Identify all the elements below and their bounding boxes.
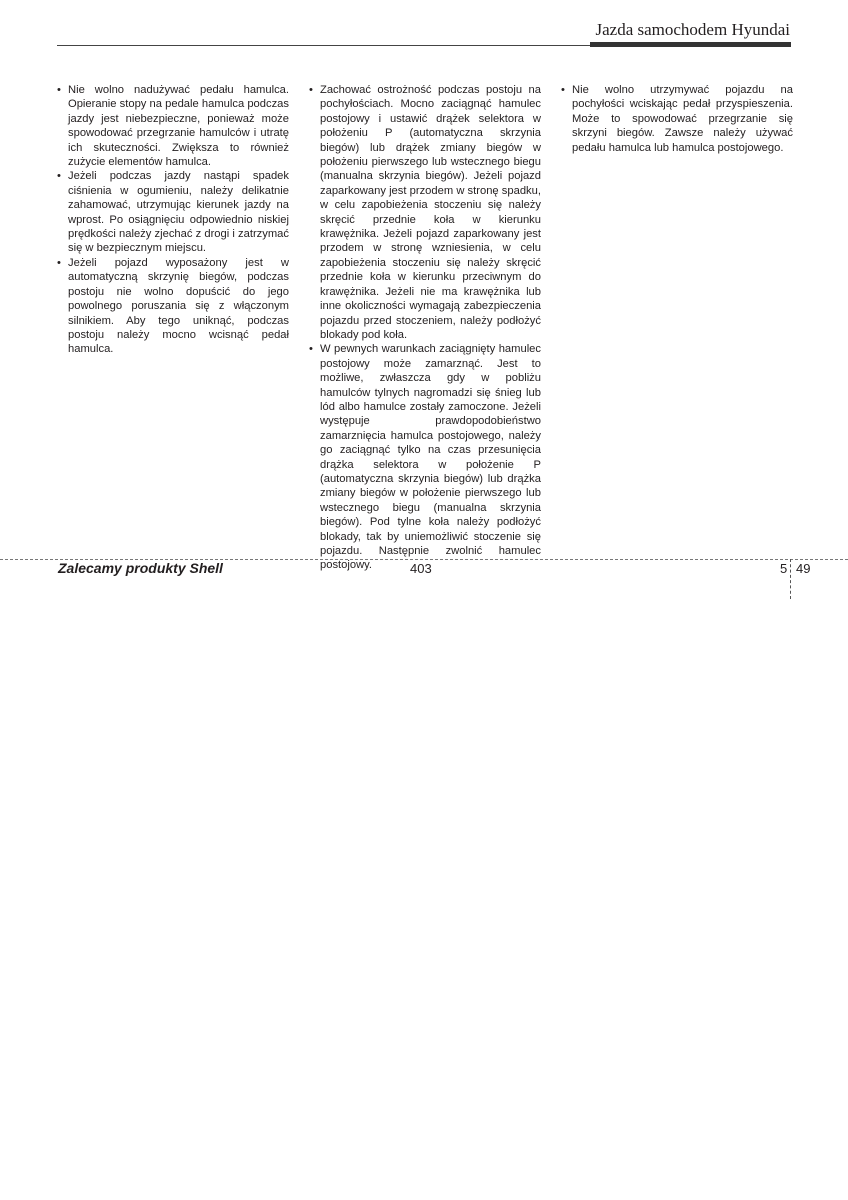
bullet-icon: •: [561, 83, 565, 97]
bullet-icon: •: [57, 83, 61, 97]
bullet-list: •Nie wolno utrzymywać pojazdu na pochyło…: [561, 83, 793, 155]
list-item: •W pewnych warunkach zaciągnięty hamulec…: [309, 342, 541, 573]
list-item-text: Nie wolno utrzymywać pojazdu na pochyłoś…: [572, 84, 793, 154]
list-item: •Jeżeli podczas jazdy nastąpi spadek ciś…: [57, 169, 289, 255]
bullet-icon: •: [309, 342, 313, 356]
text-column-1: •Nie wolno nadużywać pedału hamulca. Opi…: [57, 83, 289, 357]
text-column-3: •Nie wolno utrzymywać pojazdu na pochyło…: [561, 83, 793, 155]
text-column-2: •Zachować ostrożność podczas postoju na …: [309, 83, 541, 573]
list-item-text: Jeżeli pojazd wyposażony jest w automaty…: [68, 257, 289, 355]
bullet-list: •Nie wolno nadużywać pedału hamulca. Opi…: [57, 83, 289, 357]
footer-dashed-divider: [790, 559, 791, 599]
header-bar: [590, 42, 791, 47]
bullet-icon: •: [57, 169, 61, 183]
chapter-number: 5: [780, 561, 787, 576]
list-item-text: Jeżeli podczas jazdy nastąpi spadek ciśn…: [68, 170, 289, 254]
bullet-icon: •: [309, 83, 313, 97]
header-rule: [57, 45, 590, 46]
list-item-text: Zachować ostrożność podczas postoju na p…: [320, 84, 541, 341]
running-header-title: Jazda samochodem Hyundai: [560, 20, 790, 40]
page-number: 403: [410, 561, 432, 576]
bullet-list: •Zachować ostrożność podczas postoju na …: [309, 83, 541, 573]
bullet-icon: •: [57, 256, 61, 270]
footer-brand-text: Zalecamy produkty Shell: [58, 560, 223, 576]
list-item-text: Nie wolno nadużywać pedału hamulca. Opie…: [68, 84, 289, 168]
list-item: •Nie wolno nadużywać pedału hamulca. Opi…: [57, 83, 289, 169]
list-item: •Jeżeli pojazd wyposażony jest w automat…: [57, 256, 289, 357]
chapter-page-number: 49: [796, 561, 810, 576]
list-item-text: W pewnych warunkach zaciągnięty hamulec …: [320, 343, 541, 571]
list-item: •Zachować ostrożność podczas postoju na …: [309, 83, 541, 342]
list-item: •Nie wolno utrzymywać pojazdu na pochyło…: [561, 83, 793, 155]
